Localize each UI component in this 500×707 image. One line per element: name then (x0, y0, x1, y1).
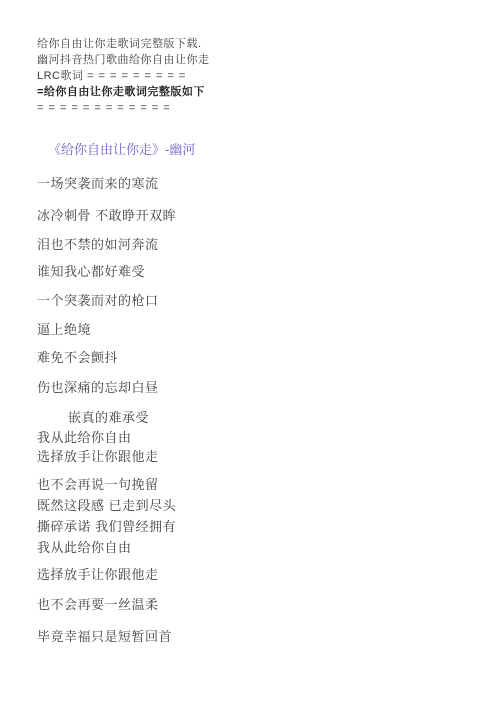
lyrics-page: 给你自由让你走歌词完整版下载. 幽河抖音热门歌曲给你自由让你走 LRC歌词 = … (0, 0, 500, 707)
song-title: 《给你自由让你走》-幽河 (48, 142, 460, 158)
lyric-line: 谁知我心都好难受 (37, 264, 460, 280)
lyric-line: 难免不会颤抖 (37, 350, 460, 366)
lyric-line: 撕碎承诺 我们曾经拥有 (37, 519, 460, 535)
lrc-label: LRC歌词 (37, 70, 84, 82)
lyric-line: 泪也不禁的如河奔流 (37, 237, 460, 253)
header-line-full-version: =给你自由让你走歌词完整版如下 (37, 84, 460, 100)
header-line-lrc: LRC歌词 = = = = = = = = = (37, 68, 460, 84)
lyric-line: 毕竟幸福只是短暂回首 (37, 629, 460, 645)
header-line-download: 给你自由让你走歌词完整版下载. (37, 36, 460, 52)
lyric-line: 也不会再要一丝温柔 (37, 597, 460, 613)
lyric-line: 逼上绝境 (37, 322, 460, 338)
lyric-line: 也不会再说一句挽留 (37, 477, 460, 493)
lyric-line: 伤也深痛的忘却白昼 (37, 380, 460, 396)
lyric-line: 嵌真的难承受 (37, 410, 460, 426)
lyric-line: 我从此给你自由 (37, 540, 460, 556)
equals-divider: = = = = = = = = = (87, 70, 186, 82)
lyric-line: 一场突袭而来的寒流 (37, 176, 460, 192)
lyric-line: 冰冷刺骨 不敢睁开双眸 (37, 208, 460, 224)
lyric-line: 一个突袭而对的枪口 (37, 293, 460, 309)
lyric-line: 选择放手让你跟他走 (37, 449, 460, 465)
lyric-line: 我从此给你自由 (37, 430, 460, 446)
header-line-artist: 幽河抖音热门歌曲给你自由让你走 (37, 52, 460, 68)
equals-divider-row: = = = = = = = = = = = = (37, 100, 460, 116)
lyric-line: 既然这段感 已走到尽头 (37, 498, 460, 514)
lyric-line: 选择放手让你跟他走 (37, 567, 460, 583)
